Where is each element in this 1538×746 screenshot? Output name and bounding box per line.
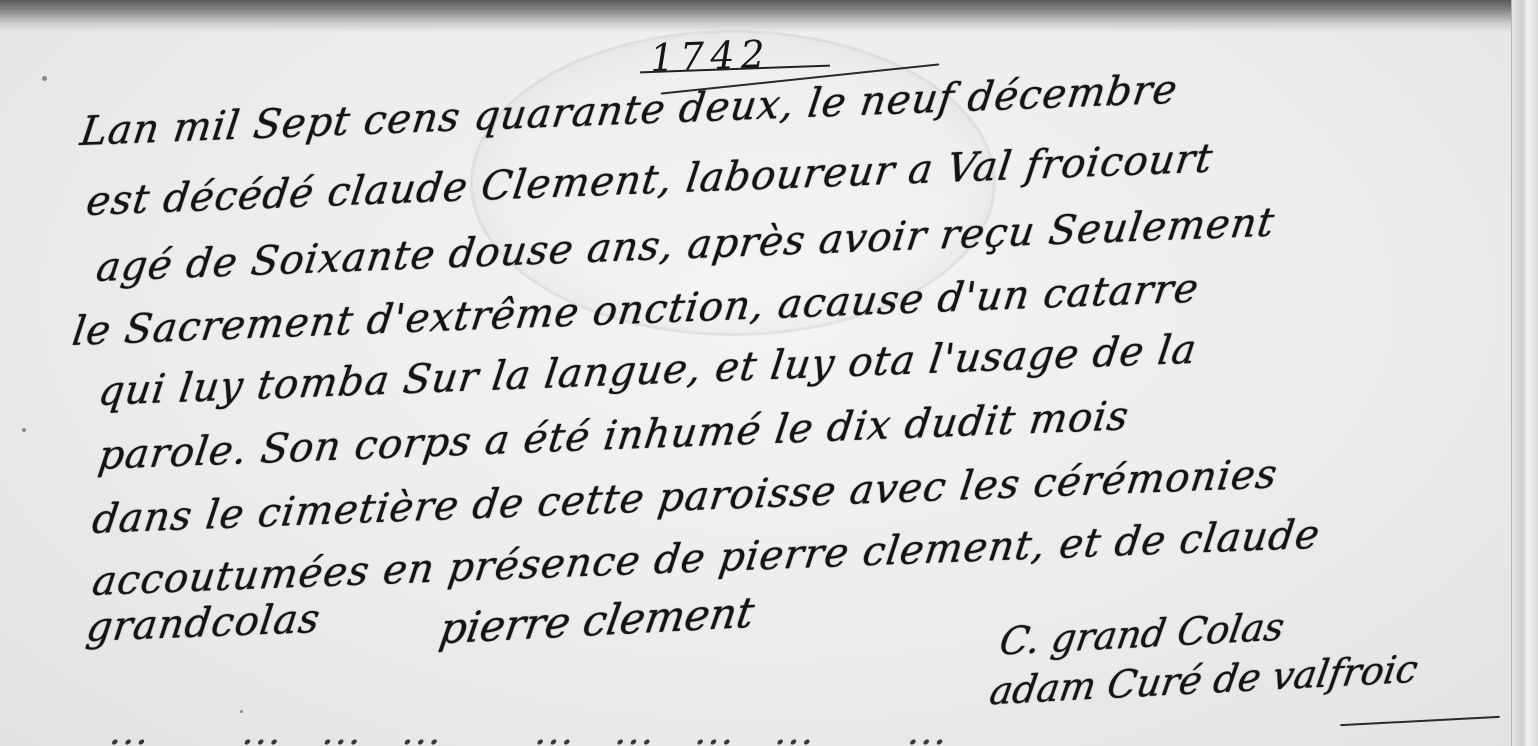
paper-speck [22, 428, 26, 432]
text-line-9: grandcolas [84, 599, 323, 648]
year-heading: 1742 [649, 32, 771, 80]
register-page-scan: 1742 Lan mil Sept cens quarante deux, le… [0, 0, 1538, 746]
page-edge [1511, 0, 1538, 746]
paper-speck [240, 710, 243, 713]
signature-grand-colas: C. grand Colas [997, 604, 1288, 663]
signature-underline [1340, 716, 1500, 726]
paper-speck [42, 76, 47, 81]
binding-shadow [0, 0, 1538, 32]
next-entry-fragment: … ……… ………… … [106, 708, 992, 746]
signature-pierre-clement: pierre clement [436, 588, 757, 654]
